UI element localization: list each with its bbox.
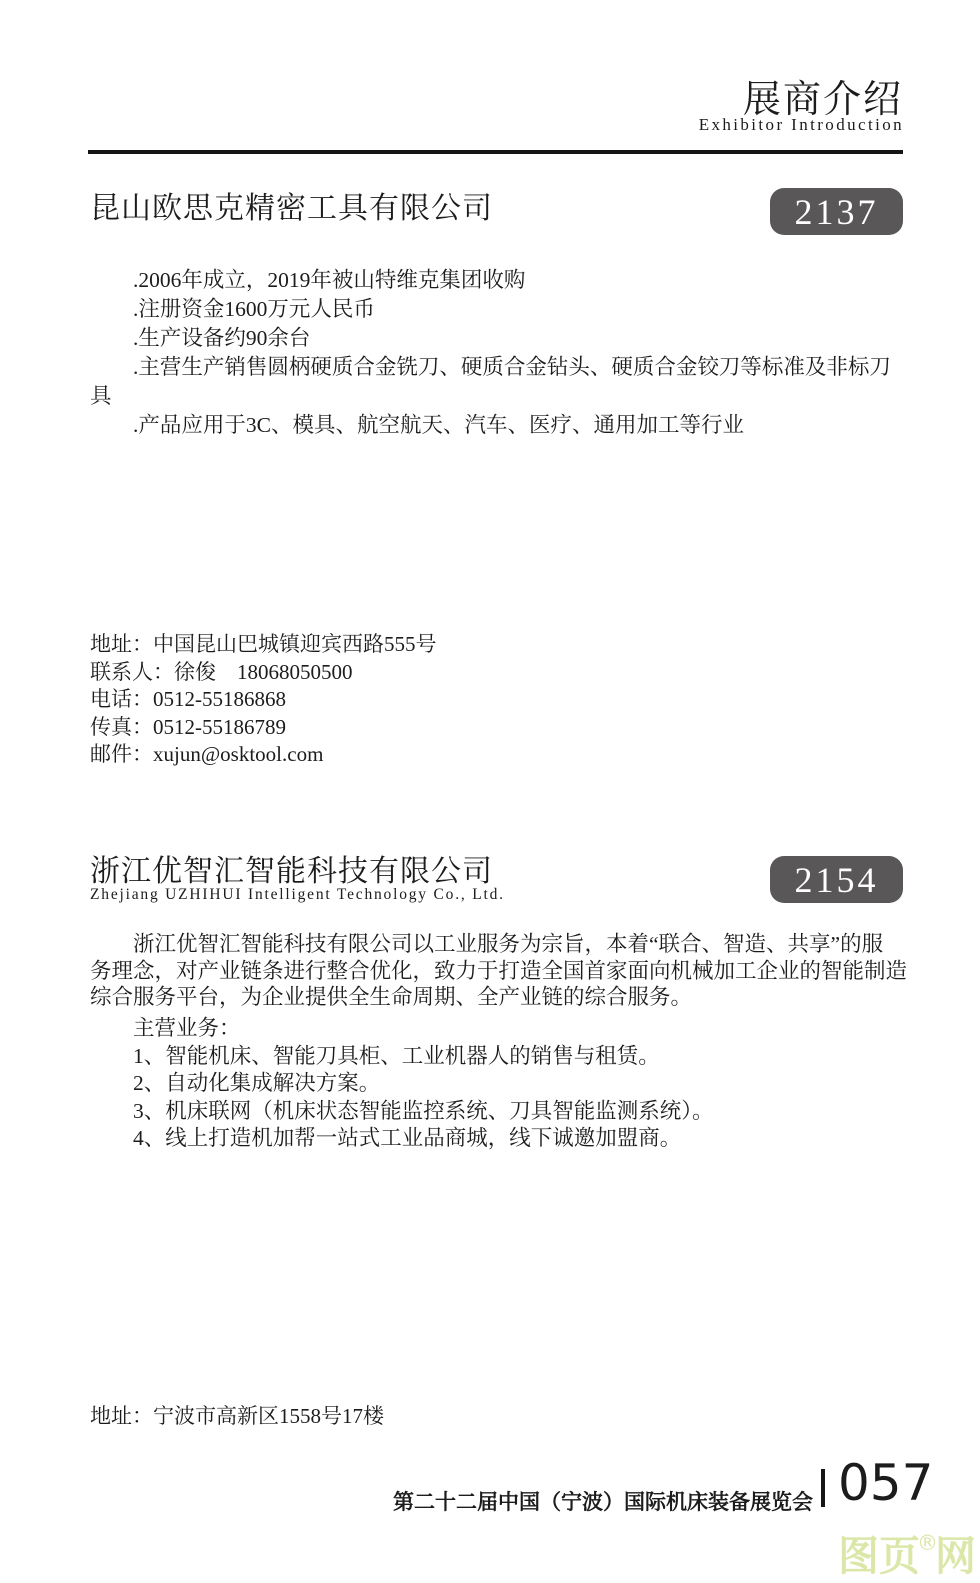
bullet-line: .2006年成立，2019年被山特维克集团收购 — [90, 266, 910, 295]
page-header-title-en: Exhibitor Introduction — [699, 115, 904, 135]
contact-person: 联系人：徐俊 18068050500 — [90, 659, 437, 687]
business-item: 4、线上打造机加帮一站式工业品商城，线下诚邀加盟商。 — [90, 1125, 915, 1153]
company-2-description: 浙江优智汇智能科技有限公司以工业服务为宗旨，本着“联合、智造、共享”的服 务理念… — [90, 931, 915, 1011]
company-2-booth-badge: 2154 — [770, 856, 903, 903]
footer-divider-bar — [821, 1469, 825, 1507]
business-item: 2、自动化集成解决方案。 — [90, 1070, 915, 1098]
business-item: 3、机床联网（机床状态智能监控系统、刀具智能监测系统）。 — [90, 1098, 915, 1126]
business-item: 1、智能机床、智能刀具柜、工业机器人的销售与租赁。 — [90, 1043, 915, 1071]
company-1-contact-block: 地址：中国昆山巴城镇迎宾西路555号 联系人：徐俊 18068050500 电话… — [90, 631, 437, 769]
company-2-name-en: Zhejiang UZHIHUI Intelligent Technology … — [90, 886, 505, 904]
bullet-line: .主营生产销售圆柄硬质合金铣刀、硬质合金钻头、硬质合金铰刀等标准及非标刀 — [90, 353, 910, 382]
watermark-text-left: 图页 — [838, 1532, 920, 1580]
intro-line: 综合服务平台，为企业提供全生命周期、全产业链的综合服务。 — [90, 984, 915, 1011]
company-2-contact-block: 地址：宁波市高新区1558号17楼 — [90, 1403, 384, 1430]
page-number: 057 — [838, 1458, 933, 1508]
contact-address: 地址：宁波市高新区1558号17楼 — [90, 1403, 384, 1430]
contact-fax: 传真：0512-55186789 — [90, 714, 437, 742]
bullet-line-wrap: 具 — [90, 382, 910, 411]
registered-trademark-icon: ® — [917, 1533, 938, 1554]
contact-email: 邮件：xujun@osktool.com — [90, 741, 437, 769]
contact-phone: 电话：0512-55186868 — [90, 686, 437, 714]
bullet-line: .生产设备约90余台 — [90, 324, 910, 353]
company-2-business-list: 主营业务： 1、智能机床、智能刀具柜、工业机器人的销售与租赁。 2、自动化集成解… — [90, 1015, 915, 1153]
bullet-line: .产品应用于3C、模具、航空航天、汽车、医疗、通用加工等行业 — [90, 411, 910, 440]
intro-line: 务理念，对产业链条进行整合优化，致力于打造全国首家面向机械加工企业的智能制造 — [90, 958, 915, 985]
tuyewang-watermark: 图页®网 — [838, 1536, 976, 1577]
company-1-description: .2006年成立，2019年被山特维克集团收购 .注册资金1600万元人民币 .… — [90, 266, 910, 440]
bullet-line: .注册资金1600万元人民币 — [90, 295, 910, 324]
exhibitor-catalog-page: 展商介绍 Exhibitor Introduction 昆山欧思克精密工具有限公… — [0, 0, 980, 1583]
watermark-text-right: 网 — [935, 1532, 976, 1580]
contact-address: 地址：中国昆山巴城镇迎宾西路555号 — [90, 631, 437, 659]
footer-exhibition-name: 第二十二届中国（宁波）国际机床装备展览会 — [393, 1486, 813, 1516]
company-2-name: 浙江优智汇智能科技有限公司 — [90, 846, 493, 890]
intro-line: 浙江优智汇智能科技有限公司以工业服务为宗旨，本着“联合、智造、共享”的服 — [90, 931, 915, 958]
header-divider-rule — [88, 150, 903, 154]
company-1-booth-badge: 2137 — [770, 188, 903, 235]
business-heading: 主营业务： — [90, 1015, 915, 1043]
company-1-name: 昆山欧思克精密工具有限公司 — [90, 183, 493, 227]
